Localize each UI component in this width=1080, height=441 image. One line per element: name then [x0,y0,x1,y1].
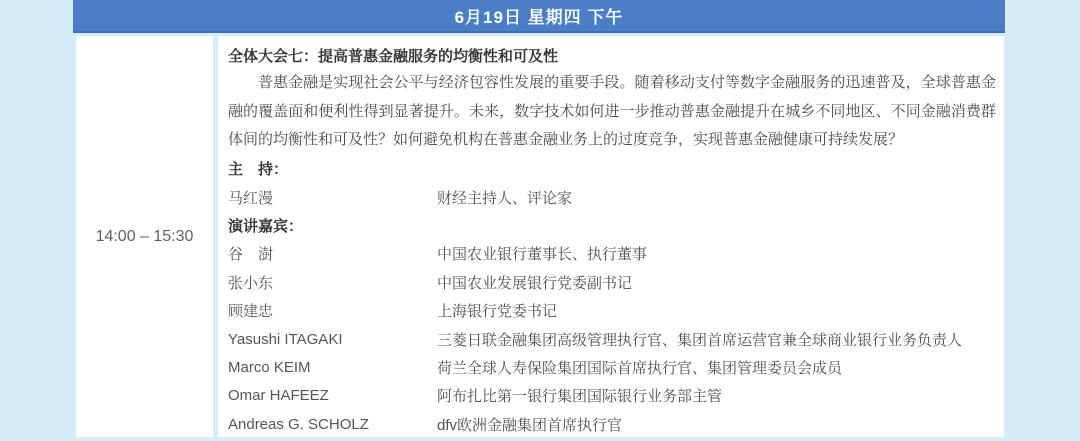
schedule-page: 6月19日 星期四 下午 14:00 – 15:30 全体大会七：提高普惠金融服… [0,0,1080,441]
host-row: 马红漫 财经主持人、评论家 [228,183,996,211]
session-cell: 全体大会七：提高普惠金融服务的均衡性和可及性 普惠金融是实现社会公平与经济包容性… [218,36,1004,437]
speaker-name: Omar HAFEEZ [228,387,329,404]
speaker-role: dfv欧洲金融集团首席执行官 [437,414,622,435]
session-description: 普惠金融是实现社会公平与经济包容性发展的重要手段。随着移动支付等数字金融服务的迅… [228,69,996,154]
host-name: 马红漫 [228,187,273,208]
speaker-role: 中国农业银行董事长、执行董事 [437,243,647,264]
speaker-row: 谷 澍 中国农业银行董事长、执行董事 [228,240,996,268]
speaker-role: 三菱日联金融集团高级管理执行官、集团首席运营官兼全球商业银行业务负责人 [437,329,962,350]
speaker-row: Marco KEIM 荷兰全球人寿保险集团国际首席执行官、集团管理委员会成员 [228,353,996,381]
speaker-row: 顾建忠 上海银行党委书记 [228,297,996,325]
date-header-title: 6月19日 星期四 下午 [455,3,624,28]
time-cell: 14:00 – 15:30 [76,36,213,437]
date-header-bar: 6月19日 星期四 下午 [73,0,1005,33]
speaker-name: Yasushi ITAGAKI [228,331,343,348]
speaker-role: 中国农业发展银行党委副书记 [437,272,632,293]
speaker-role: 荷兰全球人寿保险集团国际首席执行官、集团管理委员会成员 [437,357,842,378]
speaker-name: 谷 澍 [228,243,273,264]
speaker-row: Omar HAFEEZ 阿布扎比第一银行集团国际银行业务部主管 [228,382,996,410]
speaker-role: 上海银行党委书记 [437,300,557,321]
speaker-row: Andreas G. SCHOLZ dfv欧洲金融集团首席执行官 [228,410,996,437]
speaker-row: 张小东 中国农业发展银行党委副书记 [228,268,996,296]
speaker-name: 顾建忠 [228,300,273,321]
speaker-name: Andreas G. SCHOLZ [228,416,369,433]
speakers-label: 演讲嘉宾： [228,211,996,239]
session-title: 全体大会七：提高普惠金融服务的均衡性和可及性 [228,41,996,69]
host-label: 主 持： [228,155,996,183]
speaker-name: Marco KEIM [228,359,311,376]
speaker-row: Yasushi ITAGAKI 三菱日联金融集团高级管理执行官、集团首席运营官兼… [228,325,996,353]
speaker-name: 张小东 [228,272,273,293]
host-role: 财经主持人、评论家 [437,187,572,208]
speaker-role: 阿布扎比第一银行集团国际银行业务部主管 [437,385,722,406]
session-time: 14:00 – 15:30 [96,228,194,246]
